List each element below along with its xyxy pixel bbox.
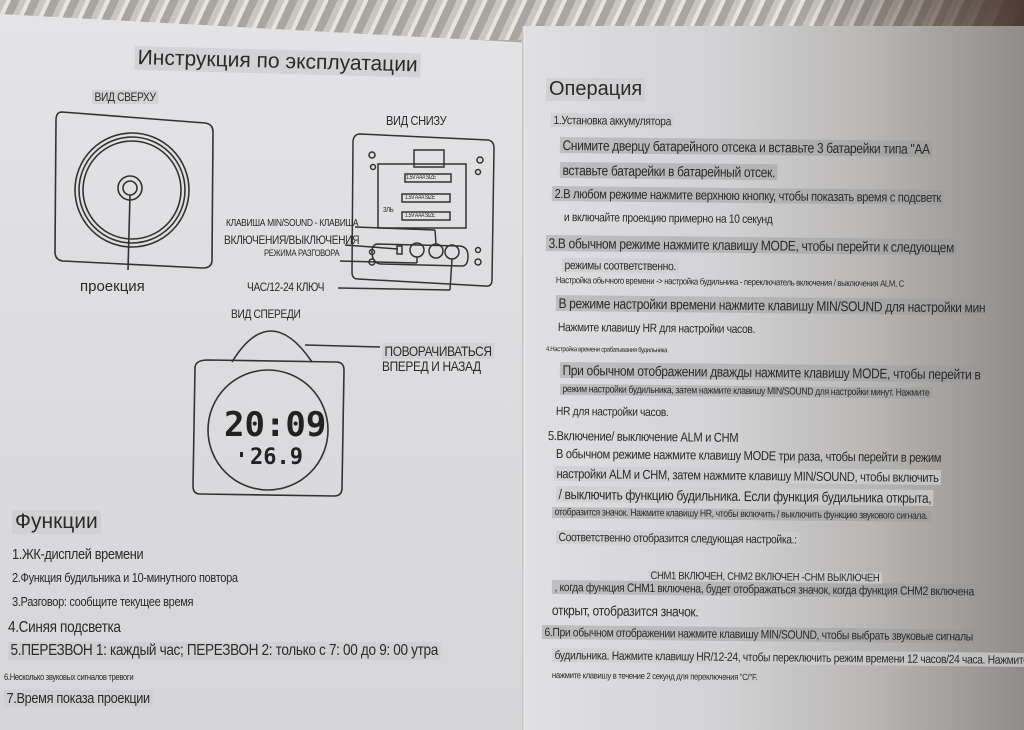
lcd-digits: 20:09 26.9 (224, 405, 326, 470)
rotate-callout-line1: ПОВОРАЧИВАТЬСЯ (382, 343, 494, 359)
battery-prefix: ЗЛЬ (383, 207, 393, 214)
rotate-callout-line2: ВПЕРЕД И НАЗАД (382, 358, 481, 374)
function-item: 1.ЖК-дисплей времени (12, 546, 143, 563)
lcd-time: 20:09 (224, 405, 326, 445)
on-off-callout: ВКЛЮЧЕНИЯ/ВЫКЛЮЧЕНИЯ (224, 233, 359, 247)
min-sound-callout: КЛАВИША MIN/SOUND - КЛАВИША (226, 218, 358, 229)
bottom-view-label: ВИД СНИЗУ (386, 113, 446, 128)
lcd-temp: 26.9 (250, 445, 303, 470)
functions-heading: Функции (12, 510, 101, 534)
operation-line: Соответственно отобразится следующая нас… (556, 530, 800, 547)
operation-line: и включайте проекцию примерно на 10 секу… (564, 210, 773, 226)
battery-label-2: 1.5V AAA SIZE (405, 195, 435, 201)
projection-callout: проекция (80, 278, 145, 295)
operation-line: открыт, отобразится значок. (552, 602, 699, 620)
operation-line: 4.Настройка времени срабатывания будильн… (546, 346, 667, 354)
operation-line: 1.Установка аккумулятора (551, 113, 674, 128)
operation-line: режимы соответственно. (562, 258, 679, 273)
battery-label-1: 1.5V AAA SIZE (406, 175, 436, 181)
function-item: 6.Несколько звуковых сигналов тревоги (4, 672, 133, 682)
operation-line: вставьте батарейки в батарейный отсек. (560, 162, 778, 180)
talk-mode-callout: РЕЖИМА РАЗГОВОРА (264, 248, 339, 258)
function-item: 2.Функция будильника и 10-минутного повт… (12, 570, 238, 585)
operation-line: нажмите клавишу в течение 2 секунд для п… (552, 670, 757, 682)
operation-heading: Операция (546, 78, 645, 101)
operation-line: HR для настройки часов. (556, 404, 669, 419)
function-item: 3.Разговор: сообщите текущее время (12, 594, 193, 609)
battery-label-3: 1.5V AAA SIZE (405, 213, 435, 219)
top-view-diagram (55, 112, 213, 270)
function-item: 7.Время показа проекции (4, 690, 152, 707)
front-view-label: ВИД СПЕРЕДИ (231, 307, 300, 321)
bottom-view-diagram (338, 134, 494, 290)
operation-line: 5.Включение/ выключение ALM и CHM (548, 428, 739, 445)
function-item: 5.ПЕРЕЗВОН 1: каждый час; ПЕРЕЗВОН 2: то… (8, 642, 441, 660)
function-item: 4.Синяя подсветка (8, 619, 121, 637)
hour-key-callout: ЧАС/12-24 КЛЮЧ (247, 280, 324, 294)
operation-line: Нажмите клавишу HR для настройки часов. (558, 320, 755, 336)
